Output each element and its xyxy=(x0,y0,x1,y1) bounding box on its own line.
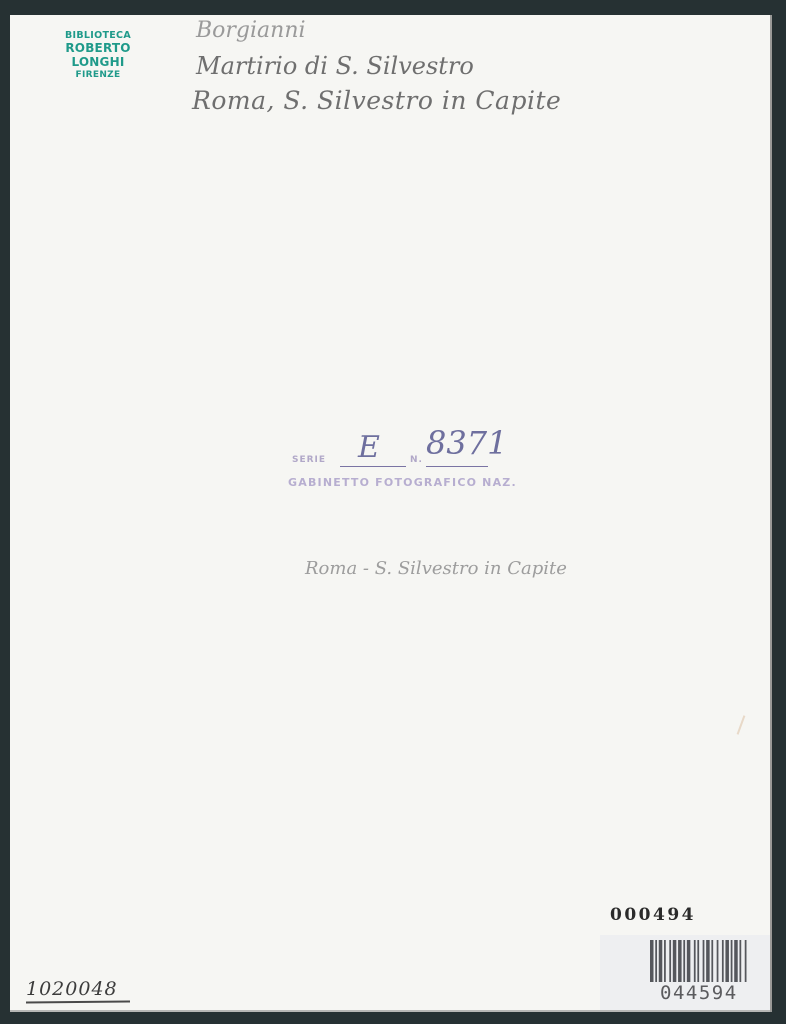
accession-number: 1020048 xyxy=(26,978,118,1000)
number-value: 8371 xyxy=(426,424,507,462)
handwritten-location: Roma, S. Silvestro in Capite xyxy=(192,86,561,115)
barcode-number: 044594 xyxy=(660,982,738,1004)
library-stamp-line2: ROBERTO LONGHI xyxy=(42,42,154,70)
series-stamp: SERIE E N. 8371 GABINETTO FOTOGRAFICO NA… xyxy=(292,420,532,500)
handwritten-artist: Borgianni xyxy=(196,18,306,43)
number-label: N. xyxy=(410,455,423,465)
library-stamp-line3: FIRENZE xyxy=(42,70,154,80)
inventory-number: 000494 xyxy=(610,905,696,925)
barcode xyxy=(650,940,750,982)
handwritten-middle-note: Roma - S. Silvestro in Capite xyxy=(305,558,567,579)
number-underline xyxy=(426,466,488,467)
library-stamp: BIBLIOTECA ROBERTO LONGHI FIRENZE xyxy=(42,31,154,80)
handwritten-title: Martirio di S. Silvestro xyxy=(196,52,474,80)
serie-label: SERIE xyxy=(292,455,326,465)
serie-value: E xyxy=(358,430,380,465)
institution-stamp: GABINETTO FOTOGRAFICO NAZ. xyxy=(288,476,517,489)
photo-verso-paper xyxy=(10,15,772,1012)
barcode-bars xyxy=(650,940,750,982)
serie-underline xyxy=(340,466,406,467)
